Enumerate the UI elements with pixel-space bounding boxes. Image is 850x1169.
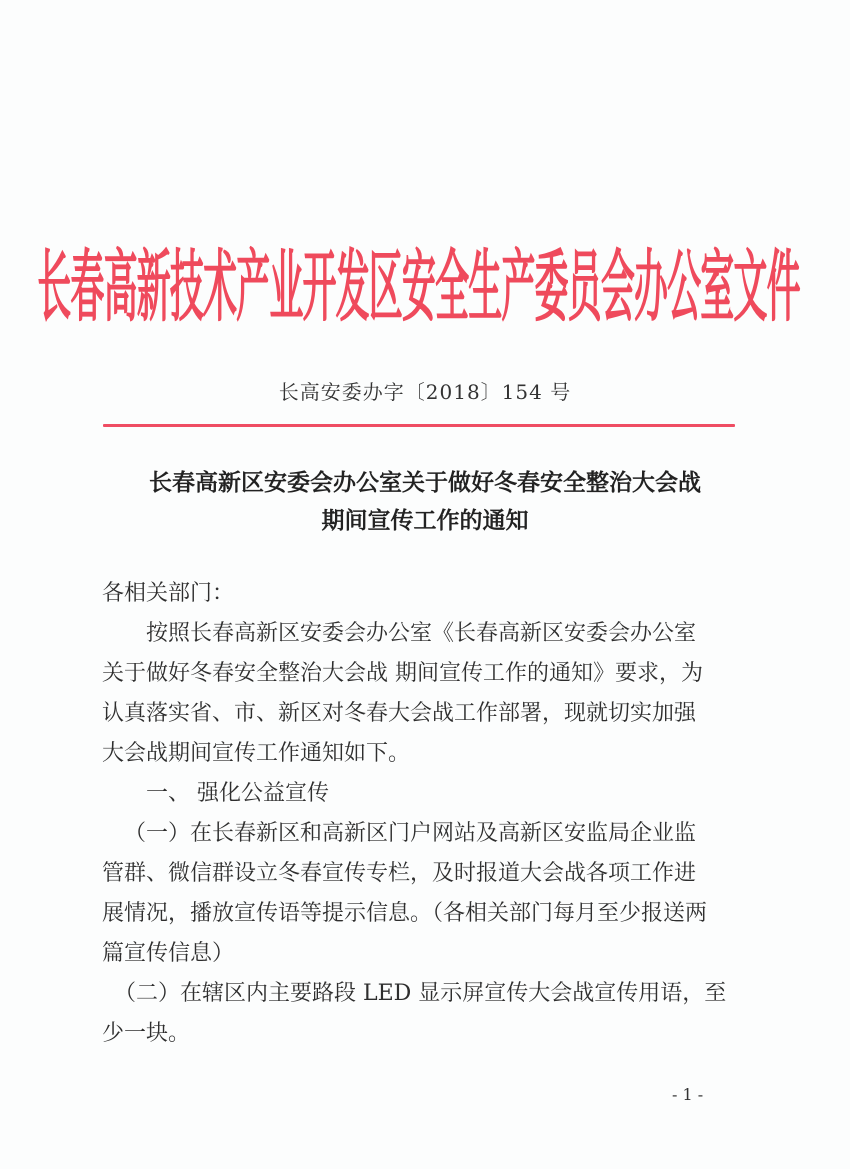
body-line: （一）在长春新区和高新区门户网站及高新区安监局企业监 xyxy=(102,814,742,854)
masthead-header: 长春高新技术产业开发区安全生产委员会办公室文件 xyxy=(98,236,738,326)
notice-title-line-2: 期间宣传工作的通知 xyxy=(0,502,850,540)
body-line: （二）在辖区内主要路段 LED 显示屏宣传大会战宣传用语，至 xyxy=(102,974,742,1014)
document-page: 长春高新技术产业开发区安全生产委员会办公室文件 长高安委办字〔2018〕154 … xyxy=(0,0,850,1169)
notice-title-line-1: 长春高新区安委会办公室关于做好冬春安全整治大会战 xyxy=(0,464,850,502)
masthead-title: 长春高新技术产业开发区安全生产委员会办公室文件 xyxy=(37,225,799,336)
salutation: 各相关部门： xyxy=(102,574,742,614)
document-body: 各相关部门： 按照长春高新区安委会办公室《长春高新区安委会办公室 关于做好冬春安… xyxy=(102,574,742,1054)
body-line: 篇宣传信息） xyxy=(102,934,742,974)
body-line: 按照长春高新区安委会办公室《长春高新区安委会办公室 xyxy=(102,614,742,654)
body-line: 展情况，播放宣传语等提示信息。（各相关部门每月至少报送两 xyxy=(102,894,742,934)
body-line: 认真落实省、市、新区对冬春大会战工作部署，现就切实加强 xyxy=(102,694,742,734)
body-line: 大会战期间宣传工作通知如下。 xyxy=(102,734,742,774)
section-heading: 一、 强化公益宣传 xyxy=(102,774,742,814)
red-divider-line xyxy=(103,424,735,427)
body-line: 关于做好冬春安全整治大会战 期间宣传工作的通知》要求，为 xyxy=(102,654,742,694)
document-number: 长高安委办字〔2018〕154 号 xyxy=(0,376,850,405)
body-line: 管群、微信群设立冬春宣传专栏，及时报道大会战各项工作进 xyxy=(102,854,742,894)
notice-title: 长春高新区安委会办公室关于做好冬春安全整治大会战 期间宣传工作的通知 xyxy=(0,464,850,540)
page-number: - 1 - xyxy=(672,1085,703,1104)
body-line: 少一块。 xyxy=(102,1014,742,1054)
